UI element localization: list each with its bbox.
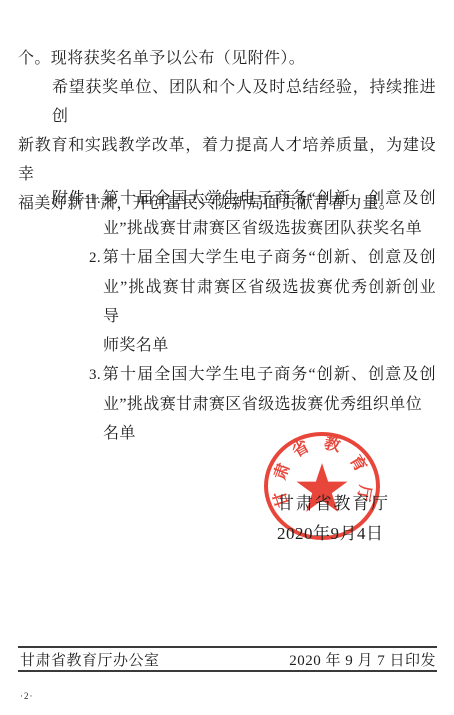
body-line: 希望获奖单位、团队和个人及时总结经验，持续推进创 [52,73,436,131]
attachment-item-number: 3. [89,367,102,383]
document-page: 个。现将获奖名单予以公布（见附件）。 希望获奖单位、团队和个人及时总结经验，持续… [0,0,454,715]
attachment-label: 附件: [52,184,90,213]
attachment-item-1: 1.第十届全国大学生电子商务“创新、创意及创 业”挑战赛甘肃赛区省级选拔赛团队获… [103,184,436,243]
attachment-item-number: 1. [89,191,102,207]
attachment-line-text: 第十届全国大学生电子商务“创新、创意及创 [102,190,436,207]
body-line: 新教育和实践教学改革，着力提高人才培养质量，为建设幸 [18,131,436,189]
footer: 甘肃省教育厅办公室 2020 年 9 月 7 日印发 [18,646,437,672]
attachment-items: 1.第十届全国大学生电子商务“创新、创意及创 业”挑战赛甘肃赛区省级选拔赛团队获… [103,184,436,448]
attachment-line: 2.第十届全国大学生电子商务“创新、创意及创 [89,243,436,273]
signature-date: 2020年9月4日 [277,519,390,549]
signature-issuer: 甘肃省教育厅 [277,489,390,519]
attachment-line: 业”挑战赛甘肃赛区省级选拔赛优秀组织单位 [103,390,436,419]
attachment-line: 业”挑战赛甘肃赛区省级选拔赛优秀创新创业导 [103,273,436,331]
signature-block: 甘肃省教育厅 2020年9月4日 [277,489,390,549]
attachment-line: 师奖名单 [103,331,436,360]
page-number: ·2· [20,691,34,701]
attachment-line-text: 第十届全国大学生电子商务“创新、创意及创 [102,366,436,383]
body-line: 个。现将获奖名单予以公布（见附件）。 [18,44,436,73]
attachment-line-text: 第十届全国大学生电子商务“创新、创意及创 [102,249,436,266]
footer-office: 甘肃省教育厅办公室 [18,649,160,670]
attachment-section: 附件: 1.第十届全国大学生电子商务“创新、创意及创 业”挑战赛甘肃赛区省级选拔… [18,184,436,448]
attachment-line: 1.第十届全国大学生电子商务“创新、创意及创 [89,184,436,214]
footer-print-date: 2020 年 9 月 7 日印发 [289,649,437,670]
attachment-line: 3.第十届全国大学生电子商务“创新、创意及创 [89,360,436,390]
attachment-item-number: 2. [89,250,102,266]
attachment-line: 业”挑战赛甘肃赛区省级选拔赛团队获奖名单 [103,214,436,243]
attachment-item-2: 2.第十届全国大学生电子商务“创新、创意及创 业”挑战赛甘肃赛区省级选拔赛优秀创… [103,243,436,360]
